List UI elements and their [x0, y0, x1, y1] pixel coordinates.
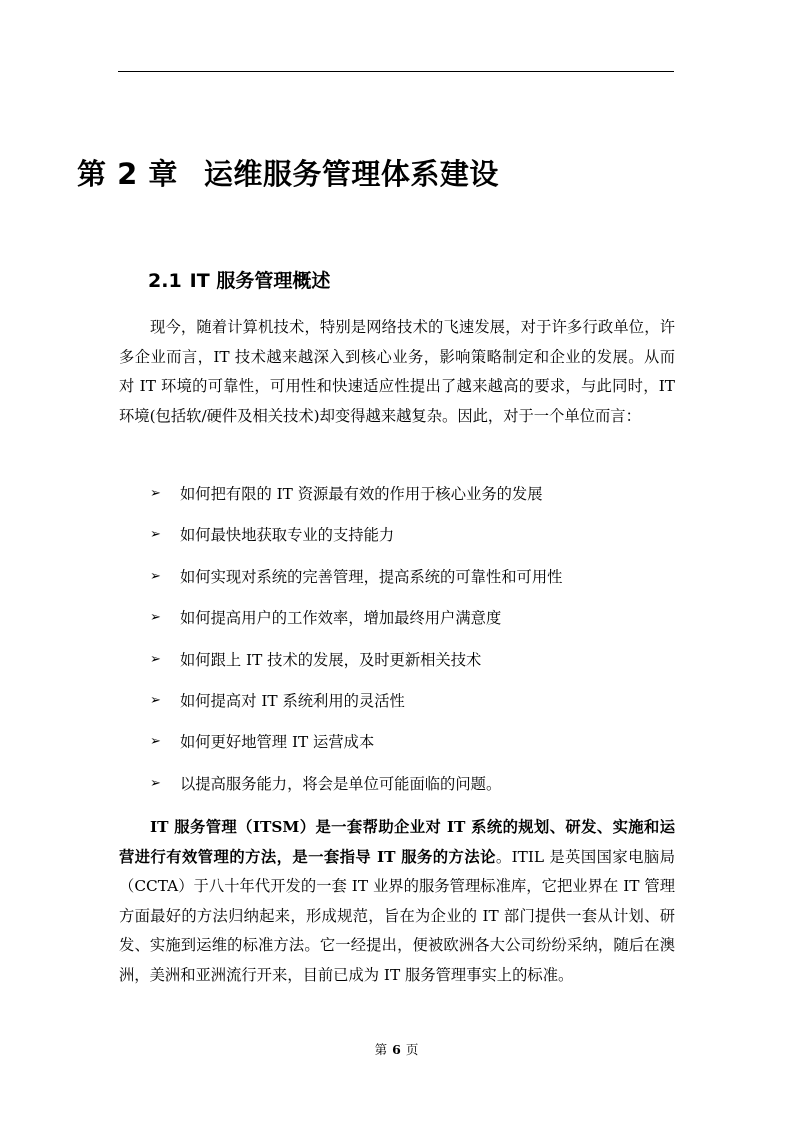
bullet-list: ➢如何把有限的 IT 资源最有效的作用于核心业务的发展 ➢如何最快地获取专业的支… — [150, 481, 562, 812]
list-item-text: 如何提高用户的工作效率，增加最终用户满意度 — [180, 605, 501, 631]
list-item: ➢如何提高用户的工作效率，增加最终用户满意度 — [150, 605, 562, 646]
page-number: 6 — [392, 1042, 401, 1057]
arrow-bullet-icon: ➢ — [150, 729, 180, 755]
list-item: ➢如何跟上 IT 技术的发展，及时更新相关技术 — [150, 647, 562, 688]
list-item: ➢如何最快地获取专业的支持能力 — [150, 522, 562, 563]
list-item-text: 如何把有限的 IT 资源最有效的作用于核心业务的发展 — [180, 481, 543, 507]
list-item: ➢如何实现对系统的完善管理，提高系统的可靠性和可用性 — [150, 564, 562, 605]
list-item-text: 如何实现对系统的完善管理，提高系统的可靠性和可用性 — [180, 564, 562, 590]
list-item-text: 如何更好地管理 IT 运营成本 — [180, 729, 374, 755]
list-item: ➢如何提高对 IT 系统利用的灵活性 — [150, 688, 562, 729]
list-item: ➢如何把有限的 IT 资源最有效的作用于核心业务的发展 — [150, 481, 562, 522]
chapter-title: 第 2 章运维服务管理体系建设 — [77, 152, 499, 193]
list-item: ➢以提高服务能力，将会是单位可能面临的问题。 — [150, 771, 562, 812]
itil-description: 。ITIL 是英国国家电脑局（CCTA）于八十年代开发的一套 IT 业界的服务管… — [119, 848, 675, 984]
list-item: ➢如何更好地管理 IT 运营成本 — [150, 729, 562, 770]
chapter-title-text: 运维服务管理体系建设 — [204, 157, 499, 191]
arrow-bullet-icon: ➢ — [150, 564, 180, 590]
section-title: 2.1IT 服务管理概述 — [148, 266, 330, 293]
chapter-number: 第 2 章 — [77, 157, 178, 191]
arrow-bullet-icon: ➢ — [150, 605, 180, 631]
footer-prefix: 第 — [375, 1042, 388, 1057]
list-item-text: 以提高服务能力，将会是单位可能面临的问题。 — [180, 771, 501, 797]
arrow-bullet-icon: ➢ — [150, 647, 180, 673]
arrow-bullet-icon: ➢ — [150, 771, 180, 797]
section-number: 2.1 — [148, 270, 182, 292]
header-rule — [118, 71, 674, 72]
itsm-paragraph: IT 服务管理（ITSM）是一套帮助企业对 IT 系统的规划、研发、实施和运营进… — [119, 813, 675, 991]
arrow-bullet-icon: ➢ — [150, 522, 180, 548]
list-item-text: 如何最快地获取专业的支持能力 — [180, 522, 394, 548]
section-title-text: IT 服务管理概述 — [190, 270, 331, 292]
arrow-bullet-icon: ➢ — [150, 481, 180, 507]
list-item-text: 如何跟上 IT 技术的发展，及时更新相关技术 — [180, 647, 481, 673]
page-footer: 第6页 — [0, 1040, 793, 1058]
footer-suffix: 页 — [406, 1042, 419, 1057]
intro-paragraph: 现今，随着计算机技术，特别是网络技术的飞速发展，对于许多行政单位，许多企业而言，… — [119, 313, 675, 431]
list-item-text: 如何提高对 IT 系统利用的灵活性 — [180, 688, 405, 714]
arrow-bullet-icon: ➢ — [150, 688, 180, 714]
